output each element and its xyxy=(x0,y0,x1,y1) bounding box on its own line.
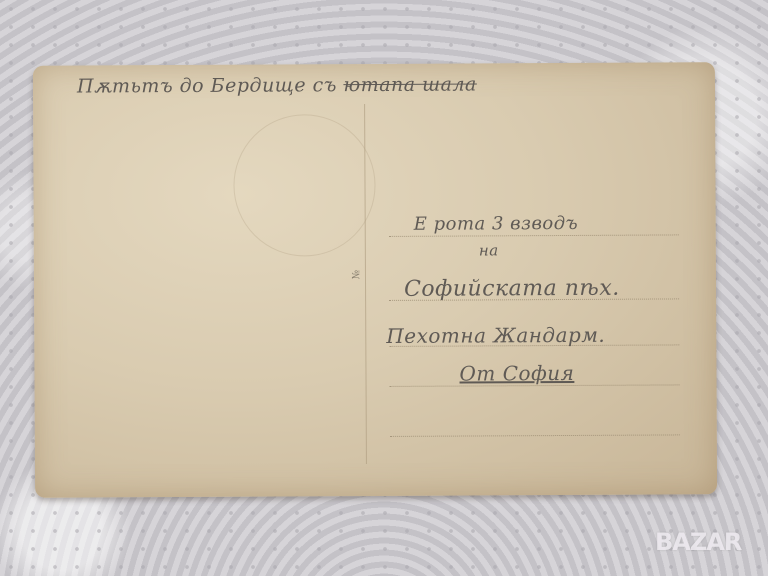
top-line-text: Пѫтьтъ до Бердище съ xyxy=(77,74,337,97)
address-line xyxy=(390,434,680,437)
top-line-struck-text: ютапа шала xyxy=(343,73,477,96)
address-line-5: От София xyxy=(459,361,574,386)
postcard-back: Пѫтьтъ до Бердище съ ютапа шала № Е рота… xyxy=(33,62,717,498)
faded-stamp-circle xyxy=(233,114,376,257)
address-line-3: Софийската пѣх. xyxy=(404,276,620,302)
address-line-2: на xyxy=(479,241,499,259)
address-line-4: Пехотна Жандарм. xyxy=(386,323,605,348)
address-line xyxy=(389,234,679,237)
bazar-watermark-logo: BAZAR xyxy=(655,528,741,556)
address-line-1: Е рота 3 взводъ xyxy=(414,213,579,235)
divider-mark: № xyxy=(351,270,362,280)
handwritten-top-line: Пѫтьтъ до Бердище съ ютапа шала xyxy=(77,73,477,97)
